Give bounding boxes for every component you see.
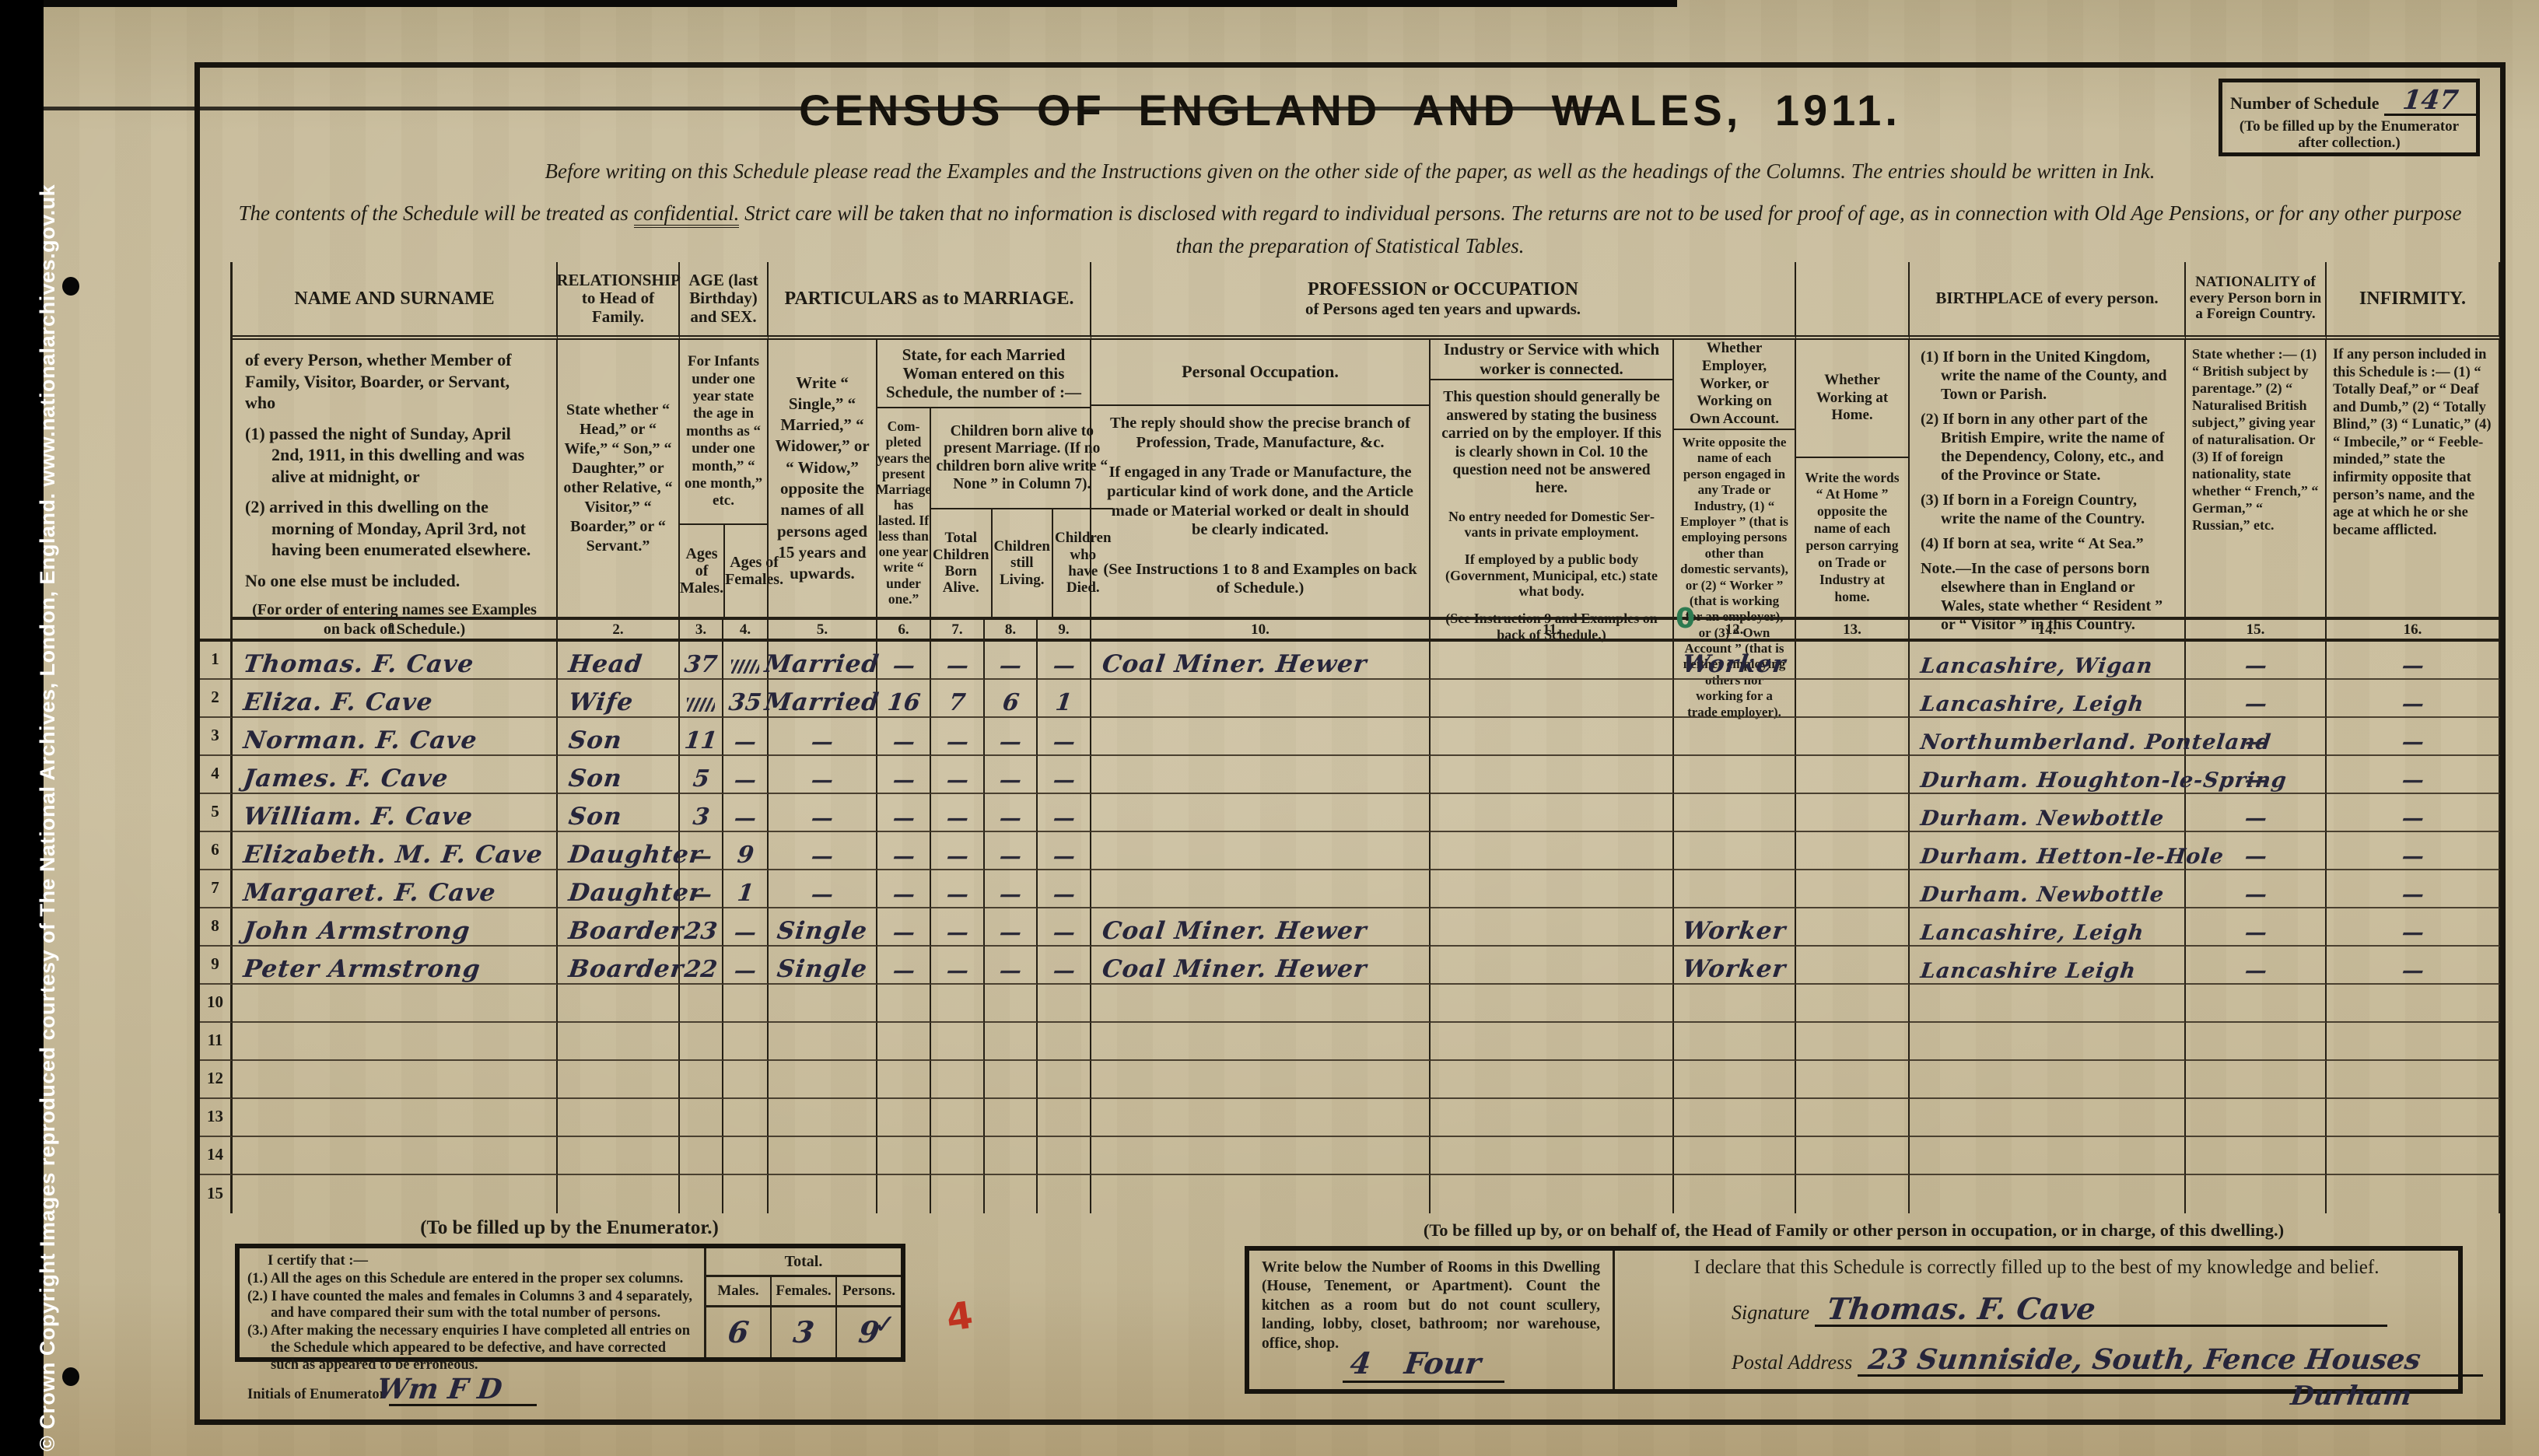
table-cell: Single bbox=[769, 947, 877, 985]
handwritten-entry: — bbox=[2401, 845, 2425, 867]
table-cell: — bbox=[931, 794, 985, 832]
table-cell: James. F. Cave bbox=[233, 756, 558, 794]
table-cell: — bbox=[931, 947, 985, 985]
handwritten-entry: — bbox=[2243, 960, 2268, 982]
row-number: 1 bbox=[200, 642, 233, 680]
table-cell bbox=[1431, 947, 1674, 985]
handwritten-entry: Married bbox=[763, 653, 881, 677]
handwritten-entry: Lancashire Leigh bbox=[1919, 961, 2137, 982]
table-cell: Worker bbox=[1674, 947, 1796, 985]
table-cell: Durham. Newbottle bbox=[1910, 794, 2186, 832]
schedule-number-line: Number of Schedule147 bbox=[2230, 87, 2468, 116]
column-number: 13. bbox=[1796, 620, 1910, 642]
handwritten-entry: — bbox=[891, 769, 916, 791]
handwritten-entry: — bbox=[2401, 769, 2425, 791]
check-mark: ✓ bbox=[874, 1309, 897, 1340]
handwritten-entry: Head bbox=[567, 653, 644, 677]
copyright-text: © Crown Copyright Images reproduced cour… bbox=[36, 184, 60, 1451]
table-cell: — bbox=[2186, 756, 2327, 794]
table-cell bbox=[1091, 1061, 1431, 1099]
signature-label: Signature bbox=[1732, 1301, 1809, 1324]
handwritten-entry: — bbox=[891, 884, 916, 905]
handwritten-entry: 6 bbox=[1001, 691, 1021, 715]
handwritten-entry: Married bbox=[763, 691, 881, 715]
table-cell: Wife bbox=[558, 680, 680, 718]
table-cell: — bbox=[2327, 794, 2500, 832]
row-number: 3 bbox=[200, 718, 233, 756]
row-number: 2 bbox=[200, 680, 233, 718]
table-cell: Lancashire, Wigan bbox=[1910, 642, 2186, 680]
table-cell: Boarder bbox=[558, 947, 680, 985]
table-cell bbox=[680, 1023, 723, 1061]
table-cell bbox=[1674, 832, 1796, 870]
handwritten-entry: — bbox=[945, 922, 969, 943]
table-cell: — bbox=[2327, 947, 2500, 985]
table-cell bbox=[985, 1023, 1038, 1061]
table-cell: — bbox=[2186, 642, 2327, 680]
handwritten-entry: — bbox=[2243, 655, 2268, 677]
handwritten-entry: 7 bbox=[947, 691, 967, 715]
row-number: 11 bbox=[200, 1023, 233, 1061]
table-cell: — bbox=[723, 756, 769, 794]
handwritten-entry: 35 bbox=[727, 691, 762, 715]
handwritten-entry: — bbox=[998, 884, 1022, 905]
handwritten-entry: Boarder bbox=[567, 919, 685, 943]
table-cell bbox=[1038, 1175, 1091, 1213]
handwritten-entry: — bbox=[733, 769, 757, 791]
handwritten-entry: Eliza. F. Cave bbox=[242, 691, 434, 715]
table-cell: 5 bbox=[680, 756, 723, 794]
rooms-box: Write below the Number of Rooms in this … bbox=[1249, 1251, 1615, 1389]
handwritten-entry: 23 bbox=[683, 920, 718, 943]
householder-box: Write below the Number of Rooms in this … bbox=[1245, 1246, 2463, 1394]
column-number: 11. bbox=[1431, 620, 1674, 642]
table-cell bbox=[985, 1061, 1038, 1099]
handwritten-entry: Durham. Hetton-le-Hole bbox=[1919, 846, 2225, 867]
col-head-occupation: PROFESSION or OCCUPATION of Persons aged… bbox=[1091, 262, 1796, 340]
table-cell: Son bbox=[558, 756, 680, 794]
handwritten-entry: Lancashire, Leigh bbox=[1919, 922, 2145, 943]
table-cell: — bbox=[2186, 908, 2327, 947]
table-cell: — bbox=[931, 870, 985, 908]
handwritten-entry: Norman. F. Cave bbox=[242, 729, 478, 753]
green-code-annotation: 0 bbox=[1676, 609, 1695, 629]
handwritten-entry: Durham. Newbottle bbox=[1919, 884, 2165, 905]
table-cell bbox=[1674, 1099, 1796, 1137]
census-schedule-scan: © Crown Copyright Images reproduced cour… bbox=[0, 0, 2539, 1456]
table-cell: — bbox=[1038, 718, 1091, 756]
table-cell: 22 bbox=[680, 947, 723, 985]
handwritten-entry: — bbox=[891, 807, 916, 829]
table-cell bbox=[1431, 832, 1674, 870]
table-cell: Lancashire, Leigh bbox=[1910, 908, 2186, 947]
handwritten-entry: — bbox=[733, 731, 757, 753]
red-annotation-four: 4 bbox=[944, 1293, 975, 1340]
table-cell: — bbox=[769, 756, 877, 794]
table-cell: — bbox=[2186, 718, 2327, 756]
table-cell bbox=[1091, 1023, 1431, 1061]
table-cell: Lancashire Leigh bbox=[1910, 947, 2186, 985]
table-cell: — bbox=[2186, 680, 2327, 718]
handwritten-entry: — bbox=[1052, 731, 1076, 753]
table-cell bbox=[680, 680, 723, 718]
handwritten-entry: 3 bbox=[692, 806, 711, 829]
form-title: CENSUS OF ENGLAND AND WALES, 1911. bbox=[200, 85, 2500, 135]
table-cell bbox=[1674, 756, 1796, 794]
table-cell: — bbox=[985, 718, 1038, 756]
table-cell bbox=[1910, 1061, 2186, 1099]
table-cell: 3 bbox=[680, 794, 723, 832]
table-cell bbox=[1431, 985, 1674, 1023]
table-cell: — bbox=[2186, 832, 2327, 870]
females-label: Females. bbox=[772, 1277, 837, 1305]
handwritten-entry: Elizabeth. M. F. Cave bbox=[242, 843, 544, 867]
table-cell bbox=[1038, 1061, 1091, 1099]
handwritten-entry: Thomas. F. Cave bbox=[242, 653, 475, 677]
handwritten-entry: — bbox=[998, 845, 1022, 867]
instruction-line: Before writing on this Schedule please r… bbox=[269, 159, 2432, 184]
table-cell bbox=[2327, 1061, 2500, 1099]
row-number: 7 bbox=[200, 870, 233, 908]
row-number: 10 bbox=[200, 985, 233, 1023]
table-cell bbox=[1674, 1175, 1796, 1213]
table-cell: Peter Armstrong bbox=[233, 947, 558, 985]
table-cell: — bbox=[769, 870, 877, 908]
handwritten-entry: — bbox=[810, 769, 834, 791]
table-cell: 6 bbox=[985, 680, 1038, 718]
handwritten-entry: — bbox=[2243, 845, 2268, 867]
handwritten-entry: — bbox=[998, 655, 1022, 677]
handwritten-entry: — bbox=[688, 845, 713, 867]
handwritten-entry: Lancashire, Leigh bbox=[1919, 694, 2145, 715]
column-number: 10. bbox=[1091, 620, 1431, 642]
handwritten-entry: — bbox=[1052, 769, 1076, 791]
handwritten-entry: 5 bbox=[692, 768, 711, 791]
table-cell bbox=[680, 1061, 723, 1099]
table-cell bbox=[769, 1175, 877, 1213]
table-cell bbox=[1431, 756, 1674, 794]
table-cell bbox=[2186, 1061, 2327, 1099]
handwritten-entry: Son bbox=[567, 767, 623, 791]
table-cell: 7 bbox=[931, 680, 985, 718]
table-cell: Durham. Newbottle bbox=[1910, 870, 2186, 908]
table-cell bbox=[723, 1137, 769, 1175]
table-cell: 1 bbox=[1038, 680, 1091, 718]
punch-hole bbox=[62, 1367, 79, 1386]
column-number: 1. bbox=[233, 620, 558, 642]
census-table: NAME AND SURNAME RELATIONSHIP to Head of… bbox=[200, 262, 2500, 1213]
householder-section-title: (To be filled up by, or on behalf of, th… bbox=[1245, 1220, 2463, 1241]
table-cell: John Armstrong bbox=[233, 908, 558, 947]
table-cell: — bbox=[2186, 794, 2327, 832]
table-cell: Thomas. F. Cave bbox=[233, 642, 558, 680]
table-cell bbox=[1910, 1175, 2186, 1213]
table-cell bbox=[1431, 1175, 1674, 1213]
table-cell bbox=[769, 1137, 877, 1175]
handwritten-entry: Son bbox=[567, 805, 623, 829]
column-number: 9. bbox=[1038, 620, 1091, 642]
handwritten-entry: — bbox=[2401, 731, 2425, 753]
page-edge bbox=[44, 0, 1677, 7]
column-number: 6. bbox=[877, 620, 931, 642]
table-cell: — bbox=[1038, 642, 1091, 680]
table-cell: — bbox=[1038, 947, 1091, 985]
column-number: 16. bbox=[2327, 620, 2500, 642]
row-number: 5 bbox=[200, 794, 233, 832]
table-cell bbox=[1796, 794, 1910, 832]
handwritten-entry: Coal Miner. Hewer bbox=[1101, 919, 1368, 943]
table-cell bbox=[1091, 985, 1431, 1023]
table-cell bbox=[1038, 985, 1091, 1023]
table-cell: — bbox=[680, 832, 723, 870]
col-desc-marital: Write “ Single,” “ Married,” “ Widower,”… bbox=[769, 340, 877, 620]
column-number: 12.0 bbox=[1674, 620, 1796, 642]
handwritten-entry: — bbox=[945, 769, 969, 791]
table-cell bbox=[558, 1137, 680, 1175]
table-cell: Coal Miner. Hewer bbox=[1091, 908, 1431, 947]
table-cell bbox=[1674, 1061, 1796, 1099]
table-cell: Margaret. F. Cave bbox=[233, 870, 558, 908]
table-cell: Lancashire, Leigh bbox=[1910, 680, 2186, 718]
table-cell bbox=[1431, 680, 1674, 718]
table-cell bbox=[723, 985, 769, 1023]
table-cell: — bbox=[877, 870, 931, 908]
table-cell: — bbox=[769, 718, 877, 756]
handwritten-entry: Boarder bbox=[567, 957, 685, 982]
table-cell bbox=[769, 985, 877, 1023]
col-head-age: AGE (last Birthday) and SEX. bbox=[680, 262, 769, 340]
table-cell: Worker bbox=[1674, 642, 1796, 680]
table-cell bbox=[1431, 1137, 1674, 1175]
handwritten-entry: — bbox=[945, 960, 969, 982]
table-cell: William. F. Cave bbox=[233, 794, 558, 832]
handwritten-entry: — bbox=[810, 884, 834, 905]
col-desc-relationship: State whether “ Head,” or “ Wife,” “ Son… bbox=[558, 340, 680, 620]
table-cell: — bbox=[985, 832, 1038, 870]
col-desc-employer-worker: Whether Employer, Worker, or Working on … bbox=[1674, 340, 1796, 620]
table-cell bbox=[1038, 1023, 1091, 1061]
table-cell bbox=[877, 1061, 931, 1099]
table-cell bbox=[1796, 985, 1910, 1023]
table-cell bbox=[2327, 1023, 2500, 1061]
punch-hole bbox=[62, 277, 79, 296]
table-cell: — bbox=[723, 718, 769, 756]
table-cell: Son bbox=[558, 718, 680, 756]
handwritten-entry: Wife bbox=[567, 691, 635, 715]
col-desc-nationality: State whether :— (1) “ British sub­ject … bbox=[2186, 340, 2327, 620]
table-cell: Coal Miner. Hewer bbox=[1091, 642, 1431, 680]
handwritten-entry: Peter Armstrong bbox=[242, 957, 482, 982]
table-cell bbox=[1431, 1023, 1674, 1061]
table-cell bbox=[1796, 870, 1910, 908]
table-cell bbox=[723, 1099, 769, 1137]
schedule-number-note: (To be filled up by the Enumerator after… bbox=[2230, 119, 2468, 152]
col-head-name: NAME AND SURNAME bbox=[233, 262, 558, 340]
table-cell: Single bbox=[769, 908, 877, 947]
row-number: 12 bbox=[200, 1061, 233, 1099]
handwritten-entry: — bbox=[945, 655, 969, 677]
table-cell: — bbox=[985, 870, 1038, 908]
table-cell bbox=[1091, 870, 1431, 908]
table-cell: Durham. Houghton-le-Spring bbox=[1910, 756, 2186, 794]
table-cell: — bbox=[2327, 642, 2500, 680]
confidential-line: The contents of the Schedule will be tre… bbox=[223, 201, 2478, 226]
table-cell bbox=[877, 1023, 931, 1061]
table-cell bbox=[2186, 985, 2327, 1023]
handwritten-entry: Single bbox=[776, 919, 869, 943]
table-cell: — bbox=[1038, 832, 1091, 870]
column-number: 7. bbox=[931, 620, 985, 642]
postal-address-line2: Durham bbox=[2289, 1383, 2413, 1409]
table-cell bbox=[985, 1137, 1038, 1175]
row-number-column-head bbox=[200, 262, 233, 642]
initials-label: Initials of Enumerator bbox=[247, 1387, 385, 1402]
table-cell: Northumberland. Ponteland bbox=[1910, 718, 2186, 756]
handwritten-entry: — bbox=[945, 845, 969, 867]
table-cell bbox=[769, 1023, 877, 1061]
census-paper: CENSUS OF ENGLAND AND WALES, 1911. Numbe… bbox=[44, 0, 2539, 1456]
postal-address-value: 23 Sunniside, South, Fence Houses bbox=[1867, 1346, 2422, 1374]
col-desc-personal-occupation: Personal Occupation. The reply should sh… bbox=[1091, 340, 1431, 620]
row-number: 4 bbox=[200, 756, 233, 794]
handwritten-entry: Coal Miner. Hewer bbox=[1101, 957, 1368, 982]
handwritten-entry: — bbox=[891, 922, 916, 943]
column-number: 14. bbox=[1910, 620, 2186, 642]
table-cell: Son bbox=[558, 794, 680, 832]
handwritten-entry: — bbox=[891, 960, 916, 982]
table-cell: 35 bbox=[723, 680, 769, 718]
table-cell: — bbox=[2327, 870, 2500, 908]
table-cell: — bbox=[723, 794, 769, 832]
table-cell bbox=[1796, 642, 1910, 680]
table-cell bbox=[1038, 1137, 1091, 1175]
column-number: 4. bbox=[723, 620, 769, 642]
col-head-marriage: PARTICULARS as to MARRIAGE. bbox=[769, 262, 1091, 340]
table-cell: 1 bbox=[723, 870, 769, 908]
table-cell bbox=[723, 1061, 769, 1099]
table-cell bbox=[1431, 1099, 1674, 1137]
table-cell bbox=[233, 985, 558, 1023]
table-cell bbox=[680, 1137, 723, 1175]
table-cell bbox=[558, 1099, 680, 1137]
table-cell: Married bbox=[769, 680, 877, 718]
total-label: Total. bbox=[706, 1248, 901, 1277]
table-cell bbox=[877, 1099, 931, 1137]
handwritten-entry: Lancashire, Wigan bbox=[1919, 656, 2154, 677]
handwritten-entry: — bbox=[998, 960, 1022, 982]
table-cell: — bbox=[877, 642, 931, 680]
table-cell: — bbox=[877, 794, 931, 832]
column-number: 3. bbox=[680, 620, 723, 642]
declaration-panel: I declare that this Schedule is correctl… bbox=[1615, 1251, 2458, 1389]
handwritten-entry: — bbox=[733, 960, 757, 982]
table-cell: — bbox=[985, 908, 1038, 947]
persons-label: Persons. bbox=[837, 1277, 901, 1305]
table-cell bbox=[680, 985, 723, 1023]
table-cell: 16 bbox=[877, 680, 931, 718]
row-number: 8 bbox=[200, 908, 233, 947]
table-cell bbox=[931, 1061, 985, 1099]
table-cell bbox=[1038, 1099, 1091, 1137]
rooms-value: 4 Four bbox=[1349, 1349, 1483, 1378]
col-desc-working-at-home: Whether Working at Home. Write the words… bbox=[1796, 340, 1910, 620]
table-cell bbox=[877, 1175, 931, 1213]
males-label: Males. bbox=[706, 1277, 772, 1305]
table-cell bbox=[1091, 1175, 1431, 1213]
row-number: 13 bbox=[200, 1099, 233, 1137]
totals-table: Total. Males. Females. Persons. 6 3 9 ✓ bbox=[706, 1248, 901, 1357]
col-desc-industry: Industry or Service with which worker is… bbox=[1431, 340, 1674, 620]
column-number: 15. bbox=[2186, 620, 2327, 642]
table-cell bbox=[2186, 1099, 2327, 1137]
table-cell: — bbox=[931, 718, 985, 756]
col-head-birthplace: BIRTHPLACE of every person. bbox=[1910, 262, 2186, 340]
handwritten-entry: — bbox=[998, 922, 1022, 943]
handwritten-entry: — bbox=[2401, 884, 2425, 905]
table-cell bbox=[2327, 985, 2500, 1023]
handwritten-entry: — bbox=[891, 845, 916, 867]
table-cell bbox=[680, 1175, 723, 1213]
table-cell bbox=[1091, 794, 1431, 832]
handwritten-entry: — bbox=[810, 807, 834, 829]
table-cell bbox=[931, 1137, 985, 1175]
table-cell: — bbox=[769, 794, 877, 832]
table-cell: 23 bbox=[680, 908, 723, 947]
table-cell: — bbox=[723, 947, 769, 985]
table-cell bbox=[233, 1023, 558, 1061]
table-cell bbox=[1431, 1061, 1674, 1099]
females-total: 3 bbox=[791, 1318, 815, 1347]
table-cell bbox=[1674, 680, 1796, 718]
enumerator-section-title: (To be filled up by the Enumerator.) bbox=[235, 1217, 904, 1239]
table-cell: Daughter bbox=[558, 832, 680, 870]
table-cell bbox=[2186, 1175, 2327, 1213]
schedule-number-label: Number of Schedule bbox=[2230, 93, 2380, 113]
table-cell bbox=[1910, 1099, 2186, 1137]
table-cell: — bbox=[931, 642, 985, 680]
col-head-infirmity: INFIRMITY. bbox=[2327, 262, 2500, 340]
confidential-word: confidential. bbox=[634, 201, 740, 228]
col-desc-birthplace: (1) If born in the United King­dom, writ… bbox=[1910, 340, 2186, 620]
declaration-text: I declare that this Schedule is correctl… bbox=[1630, 1257, 2443, 1279]
handwritten-entry: — bbox=[2243, 769, 2268, 791]
handwritten-entry: — bbox=[998, 769, 1022, 791]
handwritten-entry: 22 bbox=[683, 958, 718, 982]
table-cell bbox=[1796, 1061, 1910, 1099]
handwritten-entry: — bbox=[810, 731, 834, 753]
table-cell: — bbox=[1038, 870, 1091, 908]
table-cell bbox=[877, 985, 931, 1023]
table-cell bbox=[1091, 1137, 1431, 1175]
table-cell bbox=[723, 1023, 769, 1061]
handwritten-entry: Worker bbox=[1681, 653, 1788, 677]
table-cell bbox=[931, 1175, 985, 1213]
table-cell bbox=[1091, 832, 1431, 870]
row-number: 14 bbox=[200, 1137, 233, 1175]
table-cell: Durham. Hetton-le-Hole bbox=[1910, 832, 2186, 870]
handwritten-entry: 37 bbox=[683, 653, 718, 677]
handwritten-entry: William. F. Cave bbox=[242, 805, 475, 829]
handwritten-entry: 1 bbox=[1054, 691, 1073, 715]
table-cell bbox=[558, 1023, 680, 1061]
table-cell: — bbox=[2327, 832, 2500, 870]
table-cell bbox=[2186, 1137, 2327, 1175]
table-cell bbox=[1796, 908, 1910, 947]
table-cell: — bbox=[985, 947, 1038, 985]
handwritten-entry: — bbox=[1052, 884, 1076, 905]
handwritten-entry: — bbox=[1052, 922, 1076, 943]
table-cell: — bbox=[877, 947, 931, 985]
